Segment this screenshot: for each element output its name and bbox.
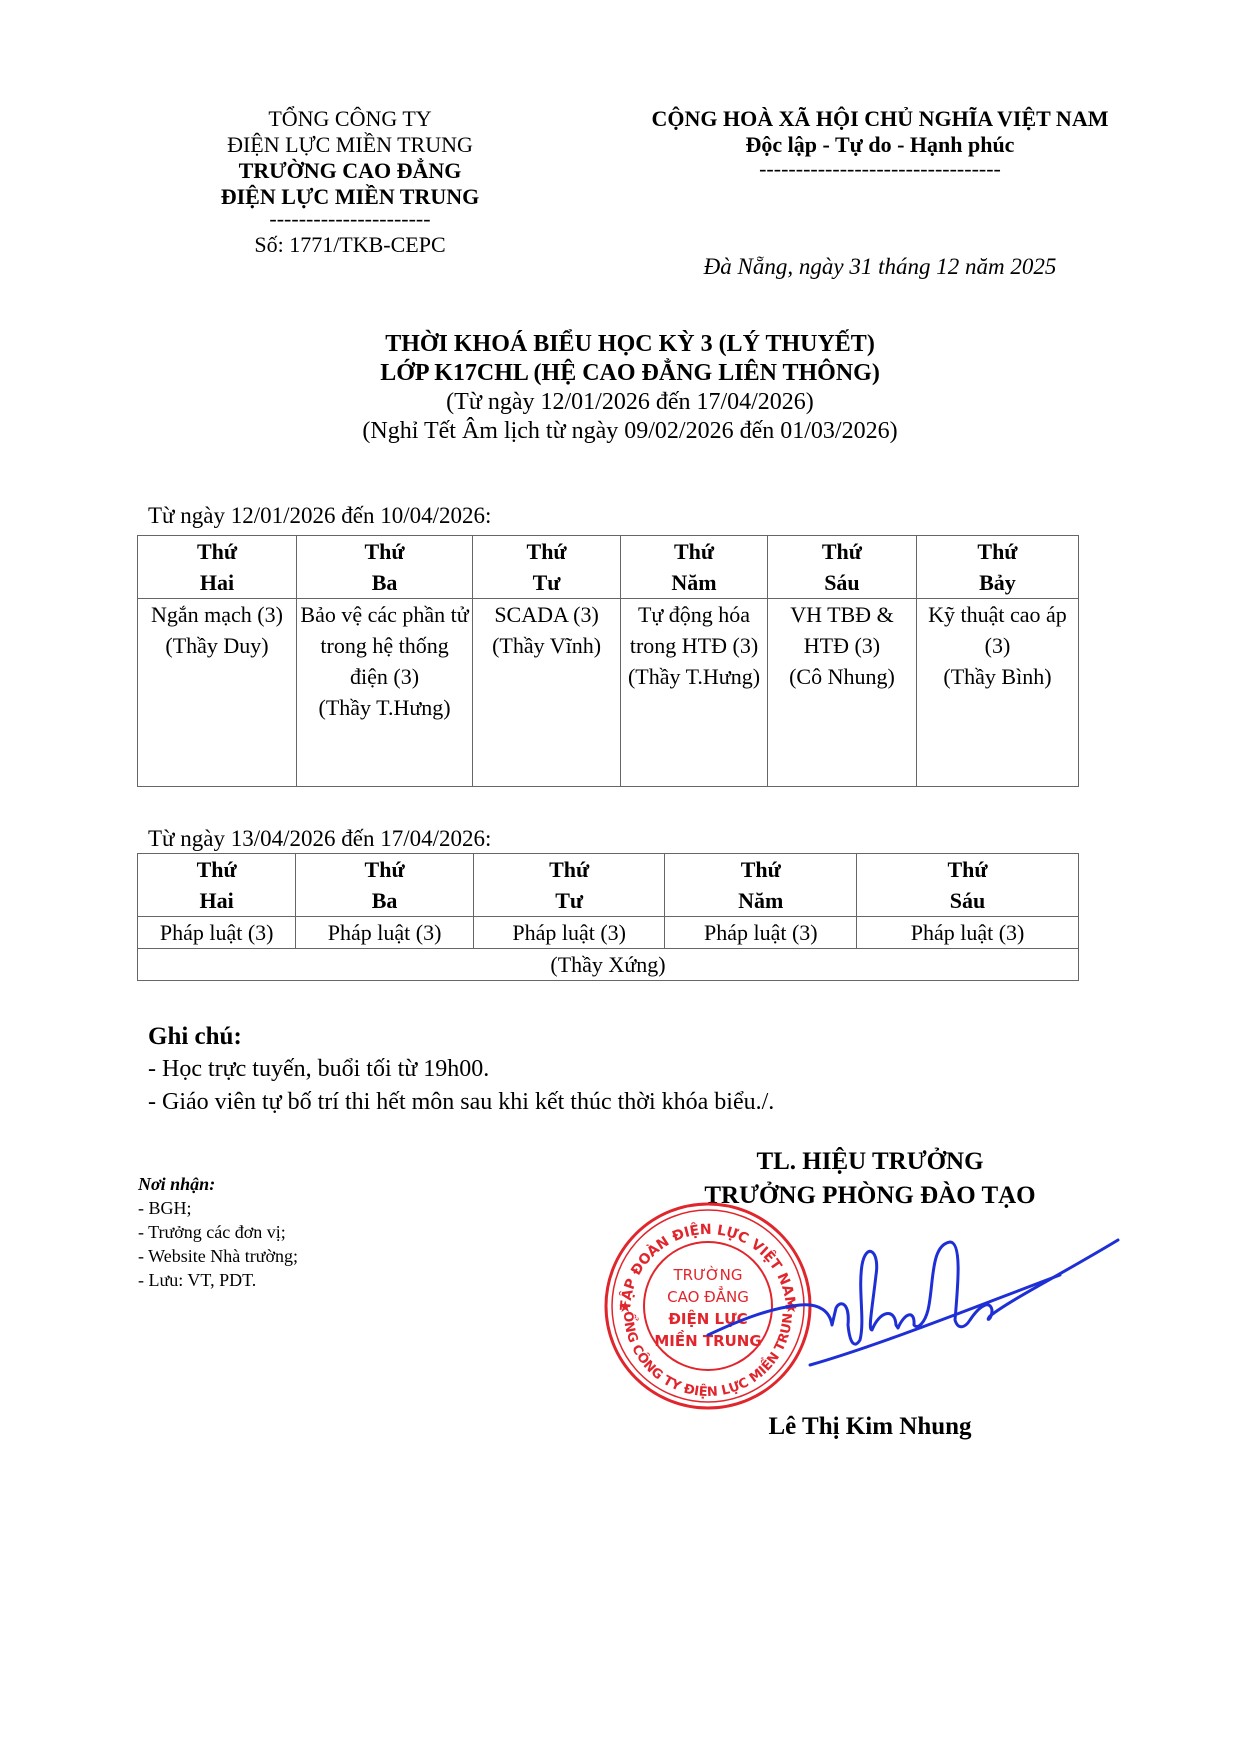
- subject: SCADA (3): [475, 599, 618, 630]
- notes-section: Ghi chú: - Học trực tuyến, buổi tối từ 1…: [148, 1020, 1048, 1119]
- day-header: ThứTư: [473, 854, 665, 917]
- class-cell: Ngắn mạch (3)(Thầy Duy): [138, 599, 297, 787]
- schedule1-table: ThứHai ThứBa ThứTư ThứNăm ThứSáu ThứBảy …: [137, 535, 1079, 787]
- schedule1-header-row: ThứHai ThứBa ThứTư ThứNăm ThứSáu ThứBảy: [138, 536, 1079, 599]
- issuer-parent-line1: TỔNG CÔNG TY: [160, 106, 540, 132]
- class-cell: Kỹ thuật cao áp (3)(Thầy Bình): [916, 599, 1078, 787]
- subject-cell: Pháp luật (3): [857, 917, 1079, 949]
- schedule2-teacher-row: (Thầy Xứng): [138, 949, 1079, 981]
- notes-heading: Ghi chú:: [148, 1020, 1048, 1053]
- subject: VH TBĐ & HTĐ (3): [770, 599, 914, 661]
- day-header: ThứBa: [296, 854, 474, 917]
- signer-name: Lê Thị Kim Nhung: [640, 1413, 1100, 1441]
- subject-cell: Pháp luật (3): [665, 917, 857, 949]
- subject-cell: Pháp luật (3): [296, 917, 474, 949]
- title-holiday-note: (Nghỉ Tết Âm lịch từ ngày 09/02/2026 đến…: [200, 417, 1060, 446]
- header-left-divider: ----------------------: [160, 210, 540, 232]
- day-header: ThứHai: [138, 854, 296, 917]
- recipient-item: - BGH;: [138, 1196, 438, 1220]
- subject: Kỹ thuật cao áp (3): [919, 599, 1076, 661]
- note-item: - Học trực tuyến, buổi tối từ 19h00.: [148, 1053, 1048, 1086]
- subject-cell: Pháp luật (3): [473, 917, 665, 949]
- recipients-heading: Nơi nhận:: [138, 1172, 438, 1196]
- subject: Bảo vệ các phần tử trong hệ thống điện (…: [299, 599, 470, 692]
- header-right-divider: ---------------------------------: [600, 158, 1160, 180]
- handwritten-signature-icon: [700, 1230, 1120, 1430]
- schedule1-class-row: Ngắn mạch (3)(Thầy Duy) Bảo vệ các phần …: [138, 599, 1079, 787]
- teacher: (Thầy T.Hưng): [623, 661, 765, 692]
- issuer-school-line1: TRƯỜNG CAO ĐẲNG: [160, 158, 540, 184]
- teacher-cell: (Thầy Xứng): [138, 949, 1079, 981]
- issuer-header: TỔNG CÔNG TY ĐIỆN LỰC MIỀN TRUNG TRƯỜNG …: [160, 106, 540, 258]
- day-header: ThứNăm: [665, 854, 857, 917]
- teacher: (Thầy Duy): [140, 630, 294, 661]
- class-cell: Tự động hóa trong HTĐ (3)(Thầy T.Hưng): [621, 599, 768, 787]
- subject: Tự động hóa trong HTĐ (3): [623, 599, 765, 661]
- teacher: (Cô Nhung): [770, 661, 914, 692]
- recipient-item: - Trưởng các đơn vị;: [138, 1220, 438, 1244]
- document-number: Số: 1771/TKB-CEPC: [160, 232, 540, 258]
- recipient-item: - Lưu: VT, PDT.: [138, 1268, 438, 1292]
- national-name: CỘNG HOÀ XÃ HỘI CHỦ NGHĨA VIỆT NAM: [600, 106, 1160, 132]
- class-cell: SCADA (3)(Thầy Vĩnh): [473, 599, 621, 787]
- teacher: (Thầy T.Hưng): [299, 692, 470, 723]
- note-item: - Giáo viên tự bố trí thi hết môn sau kh…: [148, 1086, 1048, 1119]
- signature-authority: TL. HIỆU TRƯỞNG: [640, 1145, 1100, 1179]
- day-header: ThứBảy: [916, 536, 1078, 599]
- schedule2-table: ThứHai ThứBa ThứTư ThứNăm ThứSáu Pháp lu…: [137, 853, 1079, 981]
- subject: Ngắn mạch (3): [140, 599, 294, 630]
- day-header: ThứTư: [473, 536, 621, 599]
- day-header: ThứSáu: [767, 536, 916, 599]
- national-motto: Độc lập - Tự do - Hạnh phúc: [600, 132, 1160, 158]
- schedule2-period: Từ ngày 13/04/2026 đến 17/04/2026:: [148, 826, 491, 852]
- schedule2-subject-row: Pháp luật (3) Pháp luật (3) Pháp luật (3…: [138, 917, 1079, 949]
- day-header: ThứSáu: [857, 854, 1079, 917]
- recipient-item: - Website Nhà trường;: [138, 1244, 438, 1268]
- class-cell: Bảo vệ các phần tử trong hệ thống điện (…: [297, 599, 473, 787]
- day-header: ThứBa: [297, 536, 473, 599]
- title-line-1: THỜI KHOÁ BIỂU HỌC KỲ 3 (LÝ THUYẾT): [200, 330, 1060, 359]
- national-header: CỘNG HOÀ XÃ HỘI CHỦ NGHĨA VIỆT NAM Độc l…: [600, 106, 1160, 180]
- schedule2-header-row: ThứHai ThứBa ThứTư ThứNăm ThứSáu: [138, 854, 1079, 917]
- title-date-range: (Từ ngày 12/01/2026 đến 17/04/2026): [200, 388, 1060, 417]
- svg-text:★: ★: [618, 1297, 632, 1316]
- teacher: (Thầy Vĩnh): [475, 630, 618, 661]
- issuer-parent-line2: ĐIỆN LỰC MIỀN TRUNG: [160, 132, 540, 158]
- day-header: ThứHai: [138, 536, 297, 599]
- title-line-2: LỚP K17CHL (HỆ CAO ĐẲNG LIÊN THÔNG): [200, 359, 1060, 388]
- teacher: (Thầy Bình): [919, 661, 1076, 692]
- document-title: THỜI KHOÁ BIỂU HỌC KỲ 3 (LÝ THUYẾT) LỚP …: [200, 330, 1060, 446]
- day-header: ThứNăm: [621, 536, 768, 599]
- recipients-section: Nơi nhận: - BGH; - Trưởng các đơn vị; - …: [138, 1172, 438, 1292]
- subject-cell: Pháp luật (3): [138, 917, 296, 949]
- class-cell: VH TBĐ & HTĐ (3)(Cô Nhung): [767, 599, 916, 787]
- document-date: Đà Nẵng, ngày 31 tháng 12 năm 2025: [600, 254, 1160, 280]
- schedule1-period: Từ ngày 12/01/2026 đến 10/04/2026:: [148, 503, 491, 529]
